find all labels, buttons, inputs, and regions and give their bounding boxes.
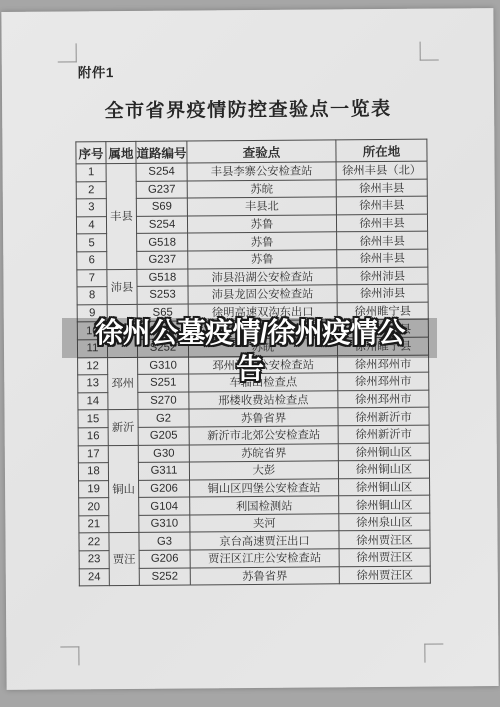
checkpoint-cell: 铜山区四堡公安检查站: [190, 478, 339, 497]
checkpoint-cell: 沛县龙固公安检查站: [188, 285, 337, 304]
road-number-cell: G205: [138, 427, 189, 445]
column-header: 查验点: [187, 140, 336, 163]
road-number-cell: G30: [138, 444, 189, 462]
checkpoint-cell: 苏鲁: [187, 215, 336, 234]
location-cell: 徐州邳州市: [338, 390, 429, 408]
road-number-cell: G206: [139, 480, 190, 498]
attachment-label: 附件1: [78, 61, 114, 81]
road-number-cell: G206: [139, 550, 190, 568]
serial-cell: 15: [78, 410, 108, 428]
watermark-text: 徐州公墓疫情/徐州疫情公 告: [40, 314, 460, 385]
serial-cell: 3: [76, 199, 106, 217]
serial-cell: 24: [79, 568, 109, 586]
location-cell: 徐州新沂市: [338, 425, 429, 443]
serial-cell: 14: [78, 392, 108, 410]
road-number-cell: S253: [137, 286, 188, 304]
serial-cell: 19: [79, 480, 109, 498]
road-number-cell: G237: [136, 181, 187, 199]
serial-cell: 18: [78, 463, 108, 481]
area-cell: 沛县: [107, 269, 137, 304]
area-cell: 铜山: [108, 445, 139, 533]
serial-cell: 1: [76, 164, 106, 182]
checkpoint-cell: 邢楼收费站检查点: [189, 391, 338, 410]
location-cell: 徐州沛县: [337, 267, 428, 285]
serial-cell: 2: [76, 181, 106, 199]
location-cell: 徐州铜山区: [339, 495, 430, 513]
serial-cell: 16: [78, 428, 108, 446]
watermark-line2: 告: [40, 352, 460, 385]
checkpoint-cell: 贾汪区江庄公安检查站: [190, 549, 339, 568]
road-number-cell: S254: [136, 216, 187, 234]
road-number-cell: S69: [136, 198, 187, 216]
watermark-line1: 徐州公墓疫情/徐州疫情公: [40, 314, 460, 352]
checkpoint-cell: 利国检测站: [190, 496, 339, 515]
serial-cell: 8: [77, 287, 107, 305]
location-cell: 徐州丰县: [336, 196, 427, 214]
road-number-cell: S270: [138, 392, 189, 410]
crop-mark-bottom-right: [424, 643, 443, 662]
road-number-cell: G311: [138, 462, 189, 480]
table-header-row: 序号属地道路编号查验点所在地: [76, 139, 427, 164]
road-number-cell: G518: [137, 233, 188, 251]
document-photo: 附件1 全市省界疫情防控查验点一览表 序号属地道路编号查验点所在地 1丰县S25…: [0, 0, 500, 707]
crop-mark-top-right: [420, 42, 439, 61]
checkpoint-cell: 苏鲁: [188, 250, 337, 269]
checkpoint-cell: 苏鲁省界: [189, 408, 338, 427]
serial-cell: 22: [79, 533, 109, 551]
location-cell: 徐州丰县（北）: [336, 161, 427, 179]
location-cell: 徐州丰县: [337, 249, 428, 267]
checkpoint-cell: 苏皖: [187, 179, 336, 198]
checkpoint-cell: 京台高速贾汪出口: [190, 531, 339, 550]
checkpoint-cell: 夹河: [190, 514, 339, 533]
checkpoint-cell: 丰县北: [187, 197, 336, 216]
road-number-cell: G237: [137, 251, 188, 269]
location-cell: 徐州铜山区: [338, 460, 429, 478]
location-cell: 徐州铜山区: [338, 443, 429, 461]
location-cell: 徐州贾汪区: [339, 548, 430, 566]
checkpoint-cell: 新沂市北郊公安检查站: [189, 426, 338, 445]
road-number-cell: G3: [139, 532, 190, 550]
road-number-cell: S254: [136, 163, 187, 181]
location-cell: 徐州丰县: [337, 231, 428, 249]
road-number-cell: G310: [139, 515, 190, 533]
crop-mark-top-left: [58, 43, 77, 62]
checkpoint-cell: 苏鲁: [188, 232, 337, 251]
checkpoint-cell: 苏皖省界: [189, 443, 338, 462]
location-cell: 徐州新沂市: [338, 407, 429, 425]
column-header: 序号: [76, 142, 106, 164]
serial-cell: 7: [77, 269, 107, 287]
serial-cell: 5: [77, 234, 107, 252]
location-cell: 徐州丰县: [336, 179, 427, 197]
checkpoint-cell: 沛县沿湖公安检查站: [188, 267, 337, 286]
column-header: 道路编号: [136, 141, 187, 163]
area-cell: 新沂: [108, 410, 138, 445]
location-cell: 徐州丰县: [336, 214, 427, 232]
location-cell: 徐州沛县: [337, 284, 428, 302]
road-number-cell: G104: [139, 497, 190, 515]
serial-cell: 23: [79, 551, 109, 569]
checkpoint-cell: 苏鲁省界: [190, 566, 339, 585]
area-cell: 贾汪: [109, 533, 139, 586]
page-title: 全市省界疫情防控查验点一览表: [2, 93, 494, 124]
checkpoint-cell: 大彭: [189, 461, 338, 480]
crop-mark-bottom-left: [60, 646, 79, 665]
serial-cell: 6: [77, 252, 107, 270]
area-cell: 丰县: [106, 163, 137, 269]
road-number-cell: G2: [138, 409, 189, 427]
location-cell: 徐州铜山区: [339, 478, 430, 496]
serial-cell: 20: [79, 498, 109, 516]
road-number-cell: G518: [137, 269, 188, 287]
location-cell: 徐州贾汪区: [339, 566, 430, 584]
column-header: 所在地: [336, 139, 427, 162]
serial-cell: 21: [79, 515, 109, 533]
road-number-cell: S252: [139, 568, 190, 586]
column-header: 属地: [106, 141, 136, 163]
checkpoint-cell: 丰县李寨公安检查站: [187, 162, 336, 181]
location-cell: 徐州泉山区: [339, 513, 430, 531]
location-cell: 徐州贾汪区: [339, 531, 430, 549]
serial-cell: 4: [76, 216, 106, 234]
serial-cell: 17: [78, 445, 108, 463]
